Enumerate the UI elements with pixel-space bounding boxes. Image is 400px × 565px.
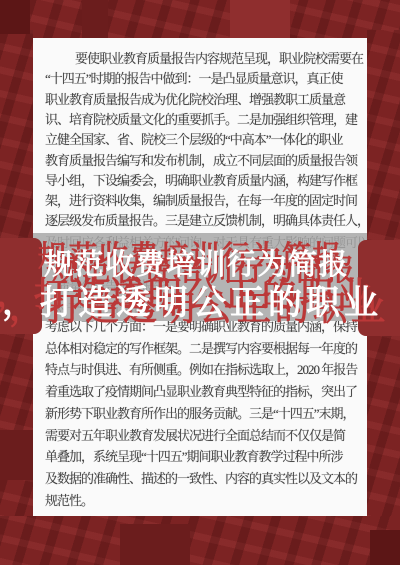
text-line: 单叠加，系统呈现“十四五”期间职业教育教学过程中所涉 <box>45 449 343 464</box>
text-line: 导小组，下设编委会，明确职业教育质量内涵，构建写作框 <box>45 173 357 188</box>
text-line: “十四五”时期的报告中做到：一是凸显质量意识，真正使 <box>45 71 343 86</box>
text-line: 职业教育质量报告成为优化院校治理、增强教职工质量意 <box>45 92 345 107</box>
red-texture-patch <box>82 0 108 38</box>
red-texture-patch <box>120 524 190 565</box>
text-line: 特点与时俱进、有所侧重。例如在指标选取上，2020 年报告 <box>45 362 357 377</box>
text-line: 识、培育院校质量文化的重要抓手。二是加强组织管理，建 <box>45 112 357 127</box>
red-texture-patch <box>0 430 33 480</box>
red-frame-bottom <box>0 516 400 565</box>
red-texture-patch <box>370 530 400 565</box>
document-page: 要使职业教育质量报告内容规范呈现，职业院校需要在“十四五”时期的报告中做到：一是… <box>0 0 400 565</box>
text-line: 着重选取了疫情期间凸显职业教育典型特征的指标，突出了 <box>45 384 357 399</box>
text-line: 总体相对稳定的写作框架。二是撰写内容要根据每一年度的 <box>45 341 357 356</box>
text-line: 规范性。 <box>45 493 93 508</box>
text-line: 教育质量报告编写和发布机制，成立不同层面的质量报告领 <box>45 153 357 168</box>
text-line: 要使职业教育质量报告内容规范呈现，职业院校需要在 <box>75 51 363 66</box>
text-line: 立健全国家、省、院校三个层级的“中高本”一体化的职业 <box>45 132 343 147</box>
red-texture-patch <box>0 0 30 34</box>
text-line: 逐层级发布质量报告。三是建立反馈机制，明确具体责任人， <box>45 213 369 228</box>
occluded-text-line: 及时回应各利益相关方的问询，对于具有重大影响的问题可以 <box>45 235 369 250</box>
title-overlay-line-1: 规范收费培训行为简报 <box>44 251 349 280</box>
red-texture-patch <box>230 0 290 38</box>
text-line: 架，进行资料收集，编制质量报告，在每一年度的固定时间 <box>45 193 357 208</box>
title-overlay-line-2: ，打造透明公正的职业 <box>2 286 382 320</box>
text-line: 新形势下职业教育所作出的服务贡献。三是“十四五”末期， <box>45 406 355 421</box>
red-frame-top <box>0 0 400 38</box>
text-line: 需要对五年职业教育发展状况进行全面总结而不仅仅是简 <box>45 428 345 443</box>
text-line: 及数据的准确性、描述的一致性、内容的真实性以及文本的 <box>45 471 357 486</box>
